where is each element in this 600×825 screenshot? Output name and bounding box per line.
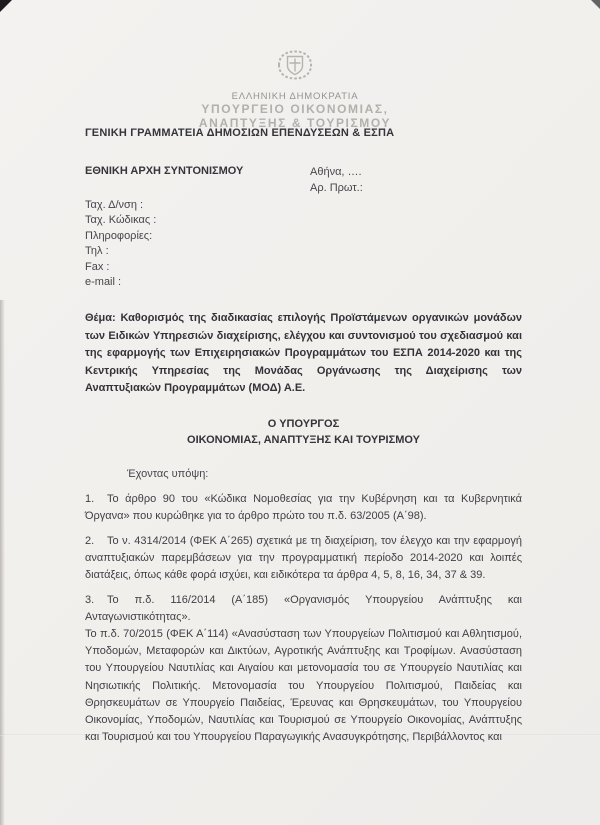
- minister-title-block: Ο ΥΠΟΥΡΓΟΣ ΟΙΚΟΝΟΜΙΑΣ, ΑΝΑΠΤΥΞΗΣ ΚΑΙ ΤΟΥ…: [85, 417, 522, 448]
- telephone-label: Τηλ :: [85, 244, 156, 259]
- contact-info-block: Ταχ. Δ/νση : Ταχ. Κώδικας : Πληροφορίες:…: [85, 198, 156, 290]
- protocol-number-line: Αρ. Πρωτ.:: [310, 180, 363, 196]
- ministry-name-line1: ΥΠΟΥΡΓΕΙΟ ΟΙΚΟΝΟΜΙΑΣ,: [0, 102, 590, 116]
- letterhead-header: ΕΛΛΗΝΙΚΗ ΔΗΜΟΚΡΑΤΙΑ ΥΠΟΥΡΓΕΙΟ ΟΙΚΟΝΟΜΙΑΣ…: [0, 48, 590, 130]
- national-authority-label: ΕΘΝΙΚΗ ΑΡΧΗ ΣΥΝΤΟΝΙΣΜΟΥ: [85, 165, 243, 177]
- email-label: e-mail :: [85, 275, 156, 290]
- item-text: Το ν. 4314/2014 (ΦΕΚ Α΄265) σχετικά με τ…: [85, 535, 522, 581]
- date-protocol-block: Αθήνα, …. Αρ. Πρωτ.:: [310, 164, 363, 196]
- city-date-line: Αθήνα, ….: [310, 164, 363, 180]
- numbered-item-1: 1.Το άρθρο 90 του «Κώδικα Νομοθεσίας για…: [85, 491, 522, 525]
- information-label: Πληροφορίες:: [85, 229, 156, 244]
- scan-edge-shadow: [0, 300, 5, 825]
- postal-code-label: Ταχ. Κώδικας :: [85, 213, 156, 228]
- item-number: 2.: [85, 533, 107, 550]
- item-number: 1.: [85, 491, 107, 508]
- fax-label: Fax :: [85, 260, 156, 275]
- general-secretariat-label: ΓΕΝΙΚΗ ΓΡΑΜΜΑΤΕΙΑ ΔΗΜΟΣΙΩΝ ΕΠΕΝΔΥΣΕΩΝ & …: [85, 127, 394, 139]
- greek-coat-of-arms-icon: [272, 48, 318, 82]
- subject-paragraph: Θέμα: Καθορισμός της διαδικασίας επιλογή…: [85, 310, 522, 398]
- numbered-item-2: 2.Το ν. 4314/2014 (ΦΕΚ Α΄265) σχετικά με…: [85, 533, 522, 584]
- minister-title-line2: ΟΙΚΟΝΟΜΙΑΣ, ΑΝΑΠΤΥΞΗΣ ΚΑΙ ΤΟΥΡΙΣΜΟΥ: [85, 433, 522, 449]
- hellenic-republic-label: ΕΛΛΗΝΙΚΗ ΔΗΜΟΚΡΑΤΙΑ: [0, 91, 590, 102]
- scan-corner-artifact-top-left: [0, 0, 12, 12]
- item-number: 3.: [85, 592, 107, 609]
- item-text: Το άρθρο 90 του «Κώδικα Νομοθεσίας για τ…: [85, 493, 522, 522]
- numbered-item-3: 3.Το π.δ. 116/2014 (Α΄185) «Οργανισμός Υ…: [85, 592, 522, 626]
- postal-address-label: Ταχ. Δ/νση :: [85, 198, 156, 213]
- decree-paragraph: Το π.δ. 70/2015 (ΦΕΚ Α΄114) «Ανασύσταση …: [85, 626, 522, 746]
- minister-title-line1: Ο ΥΠΟΥΡΓΟΣ: [85, 417, 522, 433]
- scan-corner-artifact-top-right: [591, 0, 600, 9]
- scanned-document-page: ΕΛΛΗΝΙΚΗ ΔΗΜΟΚΡΑΤΙΑ ΥΠΟΥΡΓΕΙΟ ΟΙΚΟΝΟΜΙΑΣ…: [0, 0, 600, 825]
- item-text: Το π.δ. 116/2014 (Α΄185) «Οργανισμός Υπο…: [85, 594, 522, 623]
- having-regard-label: Έχοντας υπόψη:: [127, 468, 208, 480]
